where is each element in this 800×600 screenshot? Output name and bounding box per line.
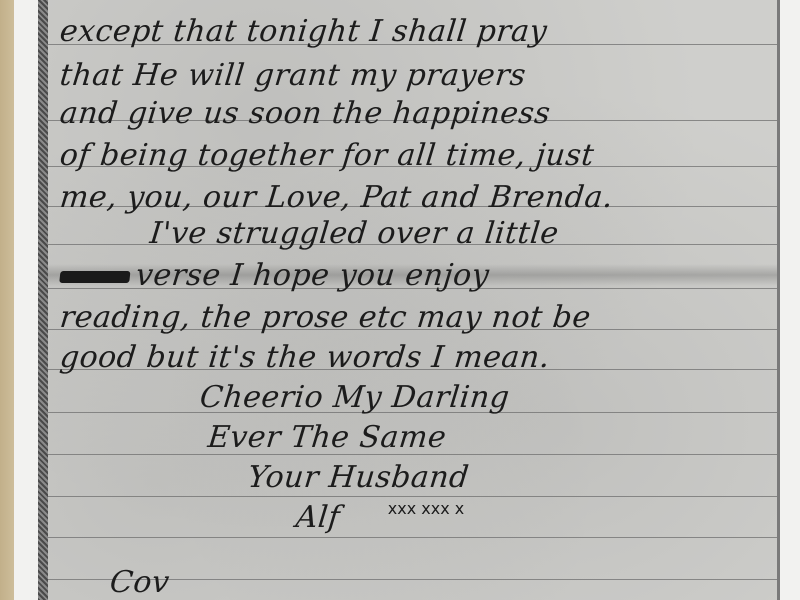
letter-line-7-text: verse I hope you enjoy bbox=[134, 258, 491, 293]
signature: Alf bbox=[294, 500, 342, 535]
letter-line-1: except that tonight I shall pray bbox=[58, 14, 549, 49]
letter-line-4: of being together for all time, just bbox=[58, 138, 596, 173]
letter-line-8: reading, the prose etc may not be bbox=[58, 300, 592, 335]
kisses-mark: xxx xxx x bbox=[386, 502, 466, 516]
letter-line-3: and give us soon the happiness bbox=[58, 96, 552, 131]
partial-bottom-word: Cov bbox=[108, 565, 171, 600]
ruled-line bbox=[48, 537, 777, 538]
closing-line-your-husband: Your Husband bbox=[246, 460, 471, 495]
letter-line-6: I've struggled over a little bbox=[148, 216, 560, 251]
crossed-out-word: [crossed out] bbox=[59, 271, 130, 283]
letter-line-5: me, you, our Love, Pat and Brenda. bbox=[58, 180, 615, 215]
letter-line-2: that He will grant my prayers bbox=[58, 58, 528, 93]
closing-line-ever-the-same: Ever The Same bbox=[206, 420, 448, 455]
closing-salutation: Cheerio My Darling bbox=[198, 380, 511, 415]
letter-line-7: [crossed out]verse I hope you enjoy bbox=[58, 258, 491, 293]
letter-line-9: good but it's the words I mean. bbox=[58, 340, 551, 375]
frame-backing bbox=[0, 0, 14, 600]
ruled-line bbox=[48, 496, 777, 497]
